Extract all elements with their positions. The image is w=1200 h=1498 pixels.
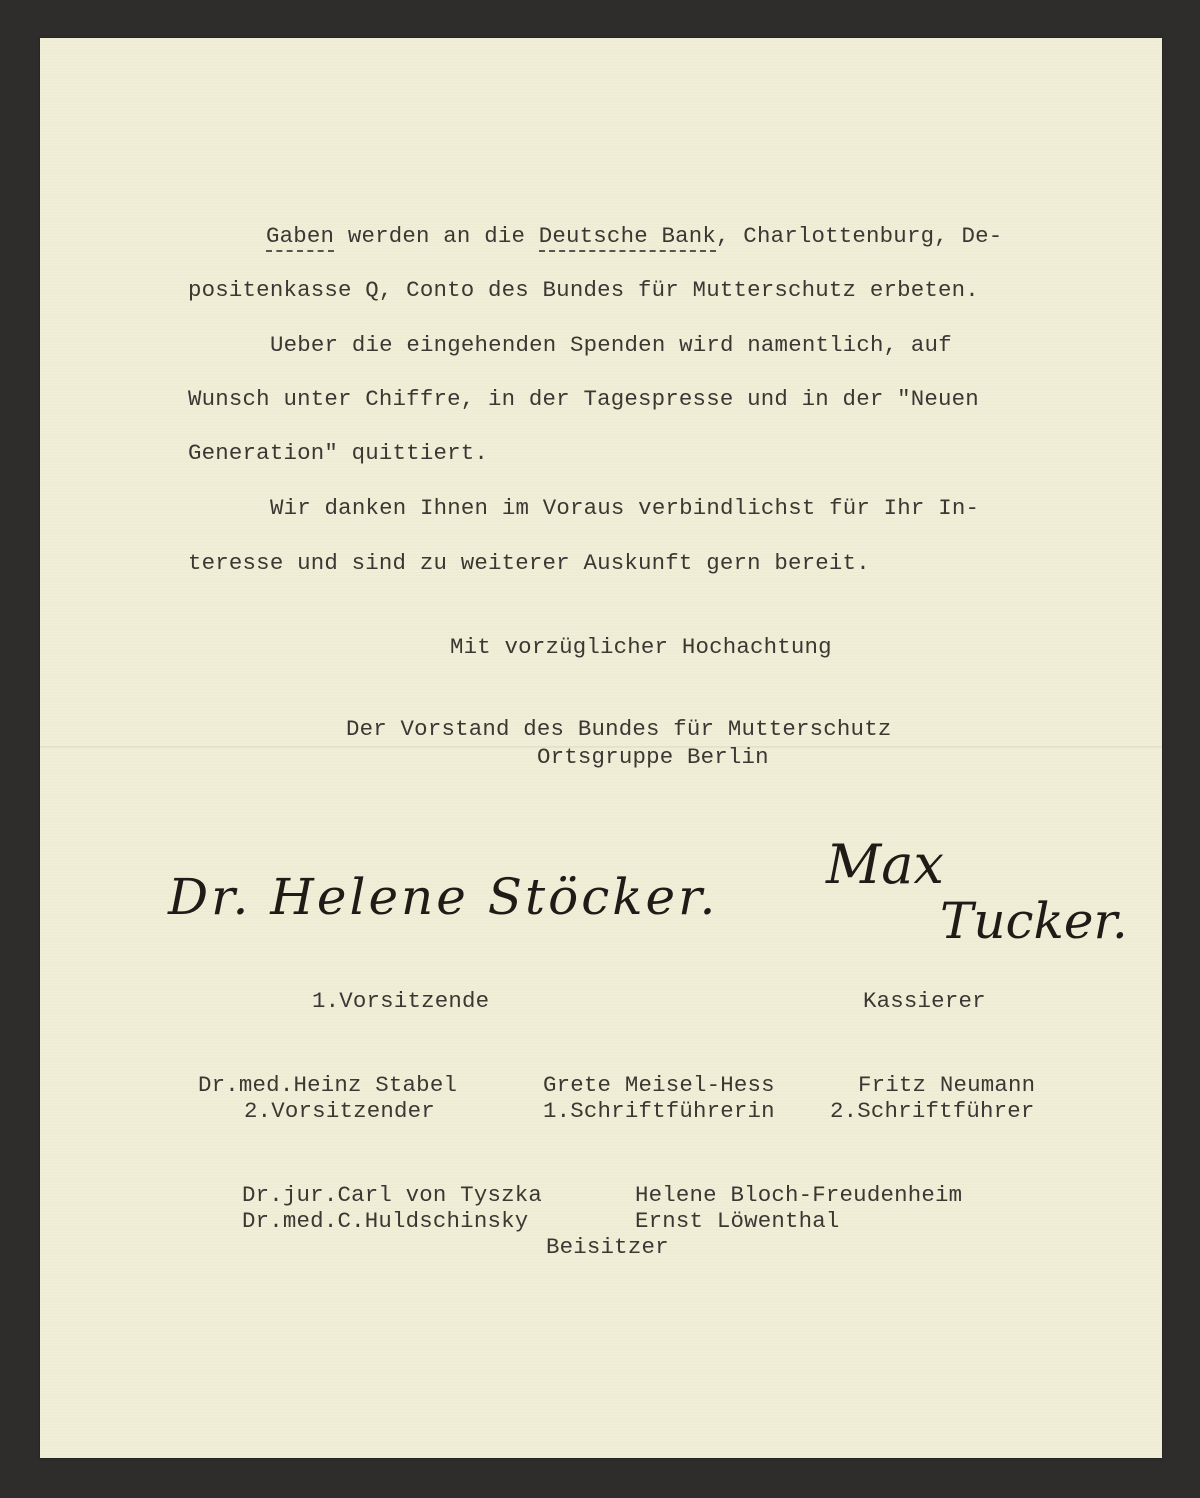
assessor-name: Dr.med.C.Huldschinsky xyxy=(242,1208,528,1234)
board-member-role: 2.Schriftführer xyxy=(830,1098,1035,1124)
role-kassierer: Kassierer xyxy=(863,988,986,1014)
underlined-deutsche-bank: Deutsche Bank xyxy=(539,223,716,252)
sender-line-2: Ortsgruppe Berlin xyxy=(537,744,769,770)
paragraph-2-line-3: Generation" quittiert. xyxy=(188,440,488,466)
assessor-name: Ernst Löwenthal xyxy=(635,1208,840,1234)
assessor-label-beisitzer: Beisitzer xyxy=(546,1234,669,1260)
paragraph-2-line-2: Wunsch unter Chiffre, in der Tagespresse… xyxy=(188,386,979,412)
paragraph-3-line-2: teresse und sind zu weiterer Auskunft ge… xyxy=(188,550,870,576)
assessor-name: Helene Bloch-Freudenheim xyxy=(635,1182,962,1208)
board-member-role: 2.Vorsitzender xyxy=(244,1098,435,1124)
board-member-role: 1.Schriftführerin xyxy=(543,1098,775,1124)
letter-page: Gaben werden an die Deutsche Bank, Charl… xyxy=(40,38,1162,1458)
signature-helene-stoecker: Dr. Helene Stöcker. xyxy=(168,868,718,926)
board-member-name: Dr.med.Heinz Stabel xyxy=(198,1072,457,1098)
signature-max-line-1: Max xyxy=(826,838,944,892)
signature-max-line-2: Tucker. xyxy=(940,896,1128,946)
paragraph-3-line-1: Wir danken Ihnen im Voraus verbindlichst… xyxy=(270,495,979,521)
assessor-name: Dr.jur.Carl von Tyszka xyxy=(242,1182,542,1208)
board-member-name: Grete Meisel-Hess xyxy=(543,1072,775,1098)
paragraph-1-line-1: Gaben werden an die Deutsche Bank, Charl… xyxy=(266,223,1002,249)
board-member-name: Fritz Neumann xyxy=(858,1072,1035,1098)
text-segment: , Charlottenburg, De- xyxy=(716,223,1002,249)
role-1-vorsitzende: 1.Vorsitzende xyxy=(312,988,489,1014)
paragraph-2-line-1: Ueber die eingehenden Spenden wird namen… xyxy=(270,332,952,358)
sender-line-1: Der Vorstand des Bundes für Mutterschutz xyxy=(346,716,891,742)
closing-salutation: Mit vorzüglicher Hochachtung xyxy=(450,634,832,660)
text-segment: werden an die xyxy=(334,223,539,249)
paragraph-1-line-2: positenkasse Q, Conto des Bundes für Mut… xyxy=(188,277,979,303)
underlined-gaben: Gaben xyxy=(266,223,334,252)
